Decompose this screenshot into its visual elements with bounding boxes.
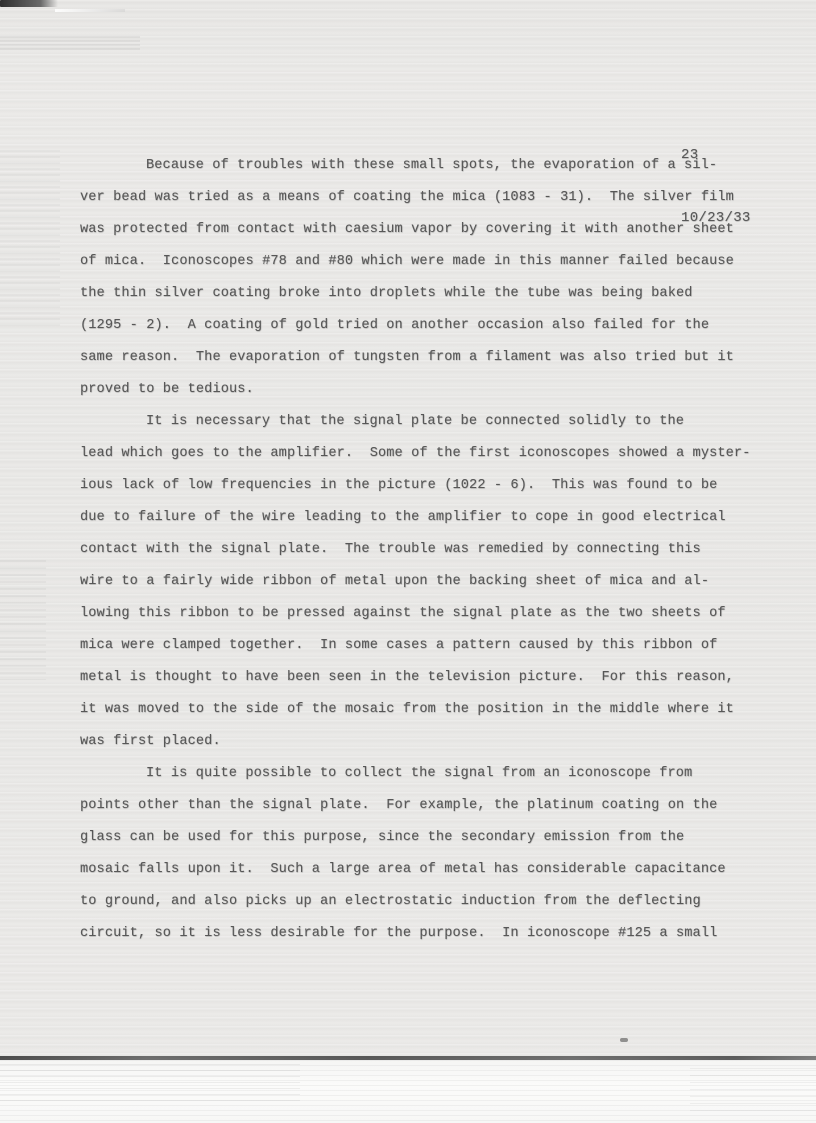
text-line: mosaic falls upon it. Such a large area … bbox=[80, 854, 760, 886]
text-line: metal is thought to have been seen in th… bbox=[80, 662, 760, 694]
text-line: glass can be used for this purpose, sinc… bbox=[80, 822, 760, 854]
text-line: points other than the signal plate. For … bbox=[80, 790, 760, 822]
text-line: to ground, and also picks up an electros… bbox=[80, 886, 760, 918]
text-line: lead which goes to the amplifier. Some o… bbox=[80, 438, 760, 470]
text-line: It is necessary that the signal plate be… bbox=[80, 406, 760, 438]
text-line: wire to a fairly wide ribbon of metal up… bbox=[80, 566, 760, 598]
text-line: (1295 - 2). A coating of gold tried on a… bbox=[80, 310, 760, 342]
text-line: the thin silver coating broke into dropl… bbox=[80, 278, 760, 310]
text-line: it was moved to the side of the mosaic f… bbox=[80, 694, 760, 726]
text-line: due to failure of the wire leading to th… bbox=[80, 502, 760, 534]
scanner-background bbox=[0, 1060, 816, 1123]
text-line: It is quite possible to collect the sign… bbox=[80, 758, 760, 790]
text-line: was first placed. bbox=[80, 726, 760, 758]
text-line: was protected from contact with caesium … bbox=[80, 214, 760, 246]
text-line: proved to be tedious. bbox=[80, 374, 760, 406]
scanned-page: 23 10/23/33 Because of troubles with the… bbox=[0, 0, 816, 1123]
document-body: Because of troubles with these small spo… bbox=[80, 150, 760, 950]
text-line: of mica. Iconoscopes #78 and #80 which w… bbox=[80, 246, 760, 278]
text-line: ious lack of low frequencies in the pict… bbox=[80, 470, 760, 502]
text-line: Because of troubles with these small spo… bbox=[80, 150, 760, 182]
text-line: ver bead was tried as a means of coating… bbox=[80, 182, 760, 214]
text-line: circuit, so it is less desirable for the… bbox=[80, 918, 760, 950]
text-line: contact with the signal plate. The troub… bbox=[80, 534, 760, 566]
text-line: same reason. The evaporation of tungsten… bbox=[80, 342, 760, 374]
text-line: lowing this ribbon to be pressed against… bbox=[80, 598, 760, 630]
text-line: mica were clamped together. In some case… bbox=[80, 630, 760, 662]
